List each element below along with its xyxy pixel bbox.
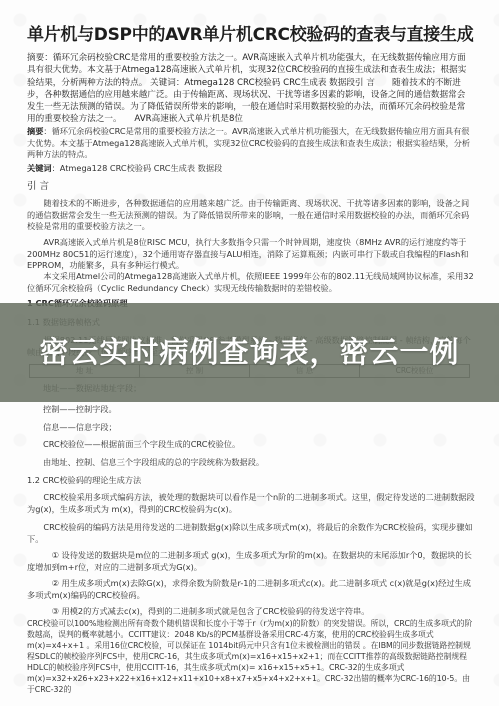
document-page: 单片机与DSP中的AVR单片机CRC校验码的查表与直接生成 摘要：循环冗余码校验… bbox=[0, 0, 499, 706]
section-1-2-heading: 1.2 CRC校验码的理论生成方法 bbox=[27, 475, 475, 487]
definition-crc: CRC校验位——根据前面三个字段生成的CRC校验位。 bbox=[43, 439, 240, 450]
intro-heading: 引 言 bbox=[27, 181, 475, 193]
keywords-text: ：Atmega128 CRC校验码 CRC生成表 数据段 bbox=[52, 163, 223, 173]
step-2: ② 用生成多项式m(x)去除G(x)，求得余数为阶数是r-1的二进制多项式c(x… bbox=[27, 578, 475, 601]
intro-paragraph-3: 本文采用Atmel公司的Atmega128高速嵌入式单片机，依照IEEE 199… bbox=[27, 271, 475, 294]
section-1-2-paragraph-2: CRC校验码的编码方法是用待发送的二进制数据g(x)除以生成多项式m(x)，将最… bbox=[27, 522, 475, 545]
abstract-summary: 摘要：循环冗余码校验CRC是常用的重要校验方法之一。AVR高速嵌入式单片机功能强… bbox=[27, 52, 472, 126]
abstract-text: ：循环冗余码校验CRC是常用的重要校验方法之一。AVR高速嵌入式单片机功能强大，… bbox=[27, 126, 470, 159]
definition-data-segment: 由地址、控制、信息三个字段组成的总的字段统称为数据段。 bbox=[43, 457, 264, 468]
keywords-line: 关键词：Atmega128 CRC校验码 CRC生成表 数据段 bbox=[27, 163, 475, 175]
step-3: ③ 用模2的方式减去c(x)，得到的二进制多项式就是包含了CRC校验码的待发送字… bbox=[27, 606, 475, 618]
section-1-2-paragraph-1: CRC校验采用多项式编码方法，被处理的数据块可以看作是一个n阶的二进制多项式。这… bbox=[27, 492, 475, 515]
definition-info: 信息——信息字段； bbox=[43, 422, 117, 433]
intro-paragraph-2: AVR高速嵌入式单片机是8位RISC MCU，执行大多数指令只需一个时钟周期，速… bbox=[27, 237, 475, 272]
title-overlay-banner: 密云实时病例查询表，密云一例 bbox=[0, 303, 499, 402]
document-title: 单片机与DSP中的AVR单片机CRC校验码的查表与直接生成 bbox=[27, 20, 473, 45]
keywords-label: 关键词 bbox=[27, 163, 52, 173]
abstract-label: 摘要 bbox=[27, 126, 43, 136]
abstract-paragraph: 摘要：循环冗余码校验CRC是常用的重要校验方法之一。AVR高速嵌入式单片机功能强… bbox=[27, 126, 475, 161]
step-1: ① 设待发送的数据块是m位的二进制多项式 g(x)，生成多项式为r阶的m(x)。… bbox=[27, 550, 475, 573]
definition-control: 控制——控制字段。 bbox=[43, 404, 117, 415]
overlay-title: 密云实时病例查询表，密云一例 bbox=[40, 335, 460, 370]
intro-paragraph-1: 随着技术的不断进步，各种数据通信的应用越来越广泛。由于传输距离、现场状况、干扰等… bbox=[27, 198, 475, 233]
closing-paragraph: CRC校验可以100%地检测出所有奇数个随机错误和长度小于等于r（r为m(x)的… bbox=[27, 618, 477, 695]
